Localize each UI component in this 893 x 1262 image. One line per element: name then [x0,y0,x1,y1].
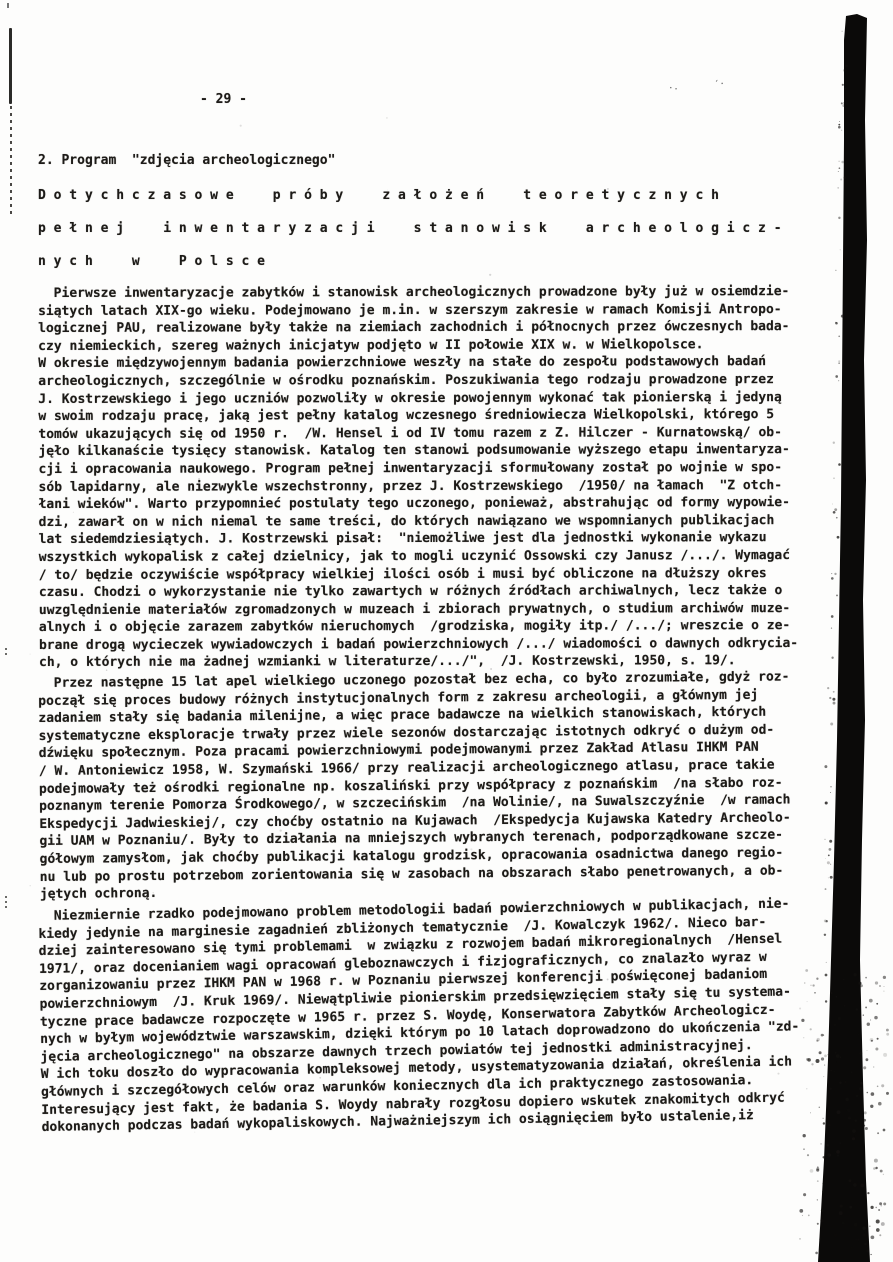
scan-noise-speck [861,1194,863,1196]
text-line: archeologicznych, szczególnie w ośrodku … [38,371,843,391]
text-line: brane drogą wycieczek wywiadowczych i ba… [39,635,844,655]
text-line: czasu. Chodzi o wykorzystanie nie tylko … [39,582,844,602]
scan-noise-speck [866,1058,869,1061]
scan-noise-speck [852,1129,856,1133]
scan-noise-speck [856,1239,857,1240]
scan-noise-speck [815,1252,818,1255]
scan-noise-speck [817,1199,818,1200]
scan-noise-speck [878,1102,882,1106]
scan-noise-speck [848,1116,851,1119]
scan-noise-speck [859,1052,862,1055]
scan-noise-speck [844,38,845,39]
scan-noise-speck [886,1092,889,1095]
scan-noise-speck [860,1183,863,1186]
scan-speck [5,896,7,910]
scan-noise-speck [876,1220,880,1224]
scan-noise-speck [863,1125,865,1127]
scan-noise-speck [883,1129,886,1132]
scan-noise-speck [881,1205,882,1206]
scan-noise-speck [870,1254,871,1255]
text-line: siątych latach XIX-go wieku. Podejmowano… [38,300,843,320]
scan-noise-speck [880,1170,883,1173]
scan-noise-speck [850,1016,851,1017]
scan-noise-speck [799,1238,801,1240]
scan-noise-speck [843,69,846,72]
scan-noise-speck [871,1235,875,1239]
scan-noise-speck [860,1082,863,1085]
scan-noise-speck [847,1108,851,1112]
scan-noise-speck [883,976,886,979]
scan-noise-speck [860,1232,861,1233]
text-line: łani wieków". Warto przypomnieć postulat… [39,494,844,514]
scan-noise-speck [819,1238,820,1239]
text-line: J. Kostrzewskiego i jego uczniów pozwoli… [38,388,843,408]
scan-noise-speck [863,1015,864,1016]
scan-noise-speck [857,1239,859,1241]
subsection-title: D o t y c h c z a s o w e p r ó b y z a … [38,186,843,271]
scan-noise-speck [878,1209,880,1211]
scan-noise-speck [864,1243,867,1246]
scan-noise-speck [875,1167,877,1169]
scan-noise-speck [844,88,846,90]
scan-noise-speck [886,1033,889,1036]
section-heading: 2. Program "zdjęcia archeologicznego" [38,153,843,168]
scan-noise-speck [803,1193,806,1196]
scan-noise-speck [875,1048,878,1051]
paragraph: Niezmiernie rzadko podejmowano problem m… [38,894,847,1136]
scan-noise-speck [817,1166,819,1168]
scan-noise-speck [883,1202,886,1205]
scan-noise-speck [881,1084,884,1087]
scan-noise-speck [881,1222,885,1226]
scan-noise-speck [883,991,884,992]
scan-noise-speck [864,1111,867,1114]
scan-noise-speck [840,1204,843,1207]
scan-noise-speck [836,1150,840,1154]
scan-noise-speck [807,1154,809,1156]
scan-noise-speck [834,1234,837,1237]
scan-noise-speck [886,1029,889,1032]
page-number: - 29 - [200,92,843,107]
scan-speck [7,3,9,8]
scan-noise-speck [860,984,863,987]
scan-noise-speck [856,1008,858,1010]
scan-noise-speck [842,1222,845,1225]
title-line: p e ł n e j i n w e n t a r y z a c j i … [38,219,843,238]
text-line: Pierwsze inwentaryzacje zabytków i stano… [38,283,843,303]
scan-noise-speck [877,1132,879,1134]
scan-noise-speck [870,1206,873,1209]
scan-noise-speck [883,1174,884,1175]
scan-noise-speck [867,1092,869,1094]
scan-noise-speck [821,1209,824,1212]
scan-noise-speck [883,986,884,987]
scan-noise-speck [848,1118,850,1120]
scan-noise-speck [851,1071,853,1073]
scan-noise-speck [855,1119,857,1121]
scan-noise-speck [870,1038,874,1042]
scan-noise-speck [799,1209,803,1213]
scan-noise-speck [850,1247,852,1249]
scan-noise-speck [828,1153,832,1157]
scan-edge-artifact-left [9,28,12,104]
scan-noise-speck [857,1095,858,1096]
text-line: logicznej PAU, realizowane były także na… [38,318,843,338]
text-line: W okresie międzywojennym badania powierz… [38,353,843,373]
scan-noise-speck [822,1183,823,1184]
scan-noise-speck [870,1105,873,1108]
scan-noise-speck [816,1169,819,1172]
scan-noise-speck [879,1202,882,1205]
scan-noise-speck [803,1148,805,1150]
scan-noise-speck [875,1207,876,1208]
scan-noise-speck [873,1066,874,1067]
text-line: czy niemieckich, szereg ważnych inicjaty… [38,336,843,356]
paragraph: Przez następne 15 lat apel wielkiego ucz… [38,668,845,904]
text-line: jęło kilkanaście tysięcy stanowisk. Kata… [38,441,843,461]
scan-noise-speck [853,1183,857,1187]
scan-noise-speck [802,1215,803,1216]
scan-noise-speck [810,1169,814,1173]
scan-noise-speck [871,1040,873,1042]
text-line: dzi, zawarł on w nich niemal te same tre… [39,512,844,532]
scan-noise-speck [29,885,30,886]
scan-noise-speck [852,1245,853,1246]
scan-noise-speck [863,1119,866,1122]
scan-noise-speck [826,1144,829,1147]
paragraph: Pierwsze inwentaryzacje zabytków i stano… [38,283,844,672]
scan-noise-speck [839,1211,843,1215]
scan-noise-speck [820,1143,822,1145]
scan-noise-speck [876,1003,878,1005]
scan-noise-speck [867,1022,870,1025]
scan-noise-speck [843,102,845,104]
scan-noise-speck [849,1206,852,1209]
scan-noise-speck [30,654,31,655]
scan-noise-speck [853,973,856,976]
scan-noise-speck [875,981,878,984]
scan-noise-speck [867,1245,869,1247]
scan-noise-speck [820,1219,823,1222]
scan-noise-speck [865,1006,867,1008]
scan-noise-speck [862,1233,866,1237]
scan-speck [5,648,7,658]
scan-noise-speck [863,1066,866,1069]
scan-noise-speck [835,1153,836,1154]
scan-noise-speck [845,64,848,67]
scan-noise-speck [869,999,873,1003]
scan-noise-speck [865,1127,868,1130]
scan-noise-speck [879,985,881,987]
scan-noise-speck [848,1179,851,1182]
scan-noise-speck [864,1226,865,1227]
scan-noise-speck [873,1167,876,1170]
title-line: n y c h w P o l s c e [38,252,843,271]
text-line: wszystkich wykopalisk z całej dzielnicy,… [39,547,844,567]
scan-noise-speck [823,1156,825,1158]
text-line: sób lapidarny, ale niezwykle wszechstron… [39,476,844,496]
scan-noise-speck [862,1227,866,1231]
scan-noise-speck [870,1020,871,1021]
scan-noise-speck [866,1249,869,1252]
text-line: / to/ będzie oczywiście współpracy wielk… [39,564,844,584]
text-line: cji i opracowania naukowego. Program peł… [38,459,843,479]
scan-noise-speck [863,1232,864,1233]
text-line: uwzględnienie materiałów zgromadzonych w… [39,600,844,620]
scan-noise-speck [860,1184,864,1188]
scan-noise-speck [869,1226,870,1227]
text-line: w swoim rodzaju pracę, jaką jest pełny k… [38,406,843,426]
scan-noise-speck [816,1167,819,1170]
scan-noise-speck [808,1215,810,1217]
scan-noise-speck [822,1191,824,1193]
text-line: lat siedemdziesiątych. J. Kostrzewski pi… [39,529,844,549]
scan-noise-speck [817,1180,819,1182]
scan-noise-speck [844,176,846,178]
scan-noise-speck [852,1137,855,1140]
scan-noise-speck [817,1223,819,1225]
scan-noise-speck [859,1087,862,1090]
scan-noise-speck [840,1142,841,1143]
scan-noise-speck [837,1154,839,1156]
scan-noise-speck [863,1129,865,1131]
scan-noise-speck [874,1159,878,1163]
scan-noise-speck [858,982,861,985]
scan-noise-speck [877,1038,879,1040]
scan-edge-artifact-left-dashed [10,106,12,218]
text-line: alnych i o objęcie zarazem zabytków nier… [39,617,844,637]
scan-noise-speck [865,977,867,979]
scanned-document-page: ·· ´· - 29 - 2. Program "zdjęcia archeol… [0,0,893,1262]
scan-noise-speck [854,1135,856,1137]
scan-noise-speck [871,1092,875,1096]
scan-noise-speck [854,1223,858,1227]
scan-noise-speck [877,1086,879,1088]
scan-noise-speck [858,1034,860,1036]
typewritten-text-block: - 29 - 2. Program "zdjęcia archeologiczn… [38,0,843,1137]
scan-noise-speck [879,1234,881,1236]
text-line: tomów ukazujących się od 1950 r. /W. Hen… [38,424,843,444]
title-line: D o t y c h c z a s o w e p r ó b y z a … [38,186,843,205]
scan-noise-speck [876,1228,880,1232]
scan-noise-speck [867,1192,869,1194]
scan-noise-speck [856,1095,859,1098]
scan-noise-speck [867,1050,868,1051]
scan-noise-speck [874,1016,878,1020]
scan-noise-speck [883,1053,887,1057]
